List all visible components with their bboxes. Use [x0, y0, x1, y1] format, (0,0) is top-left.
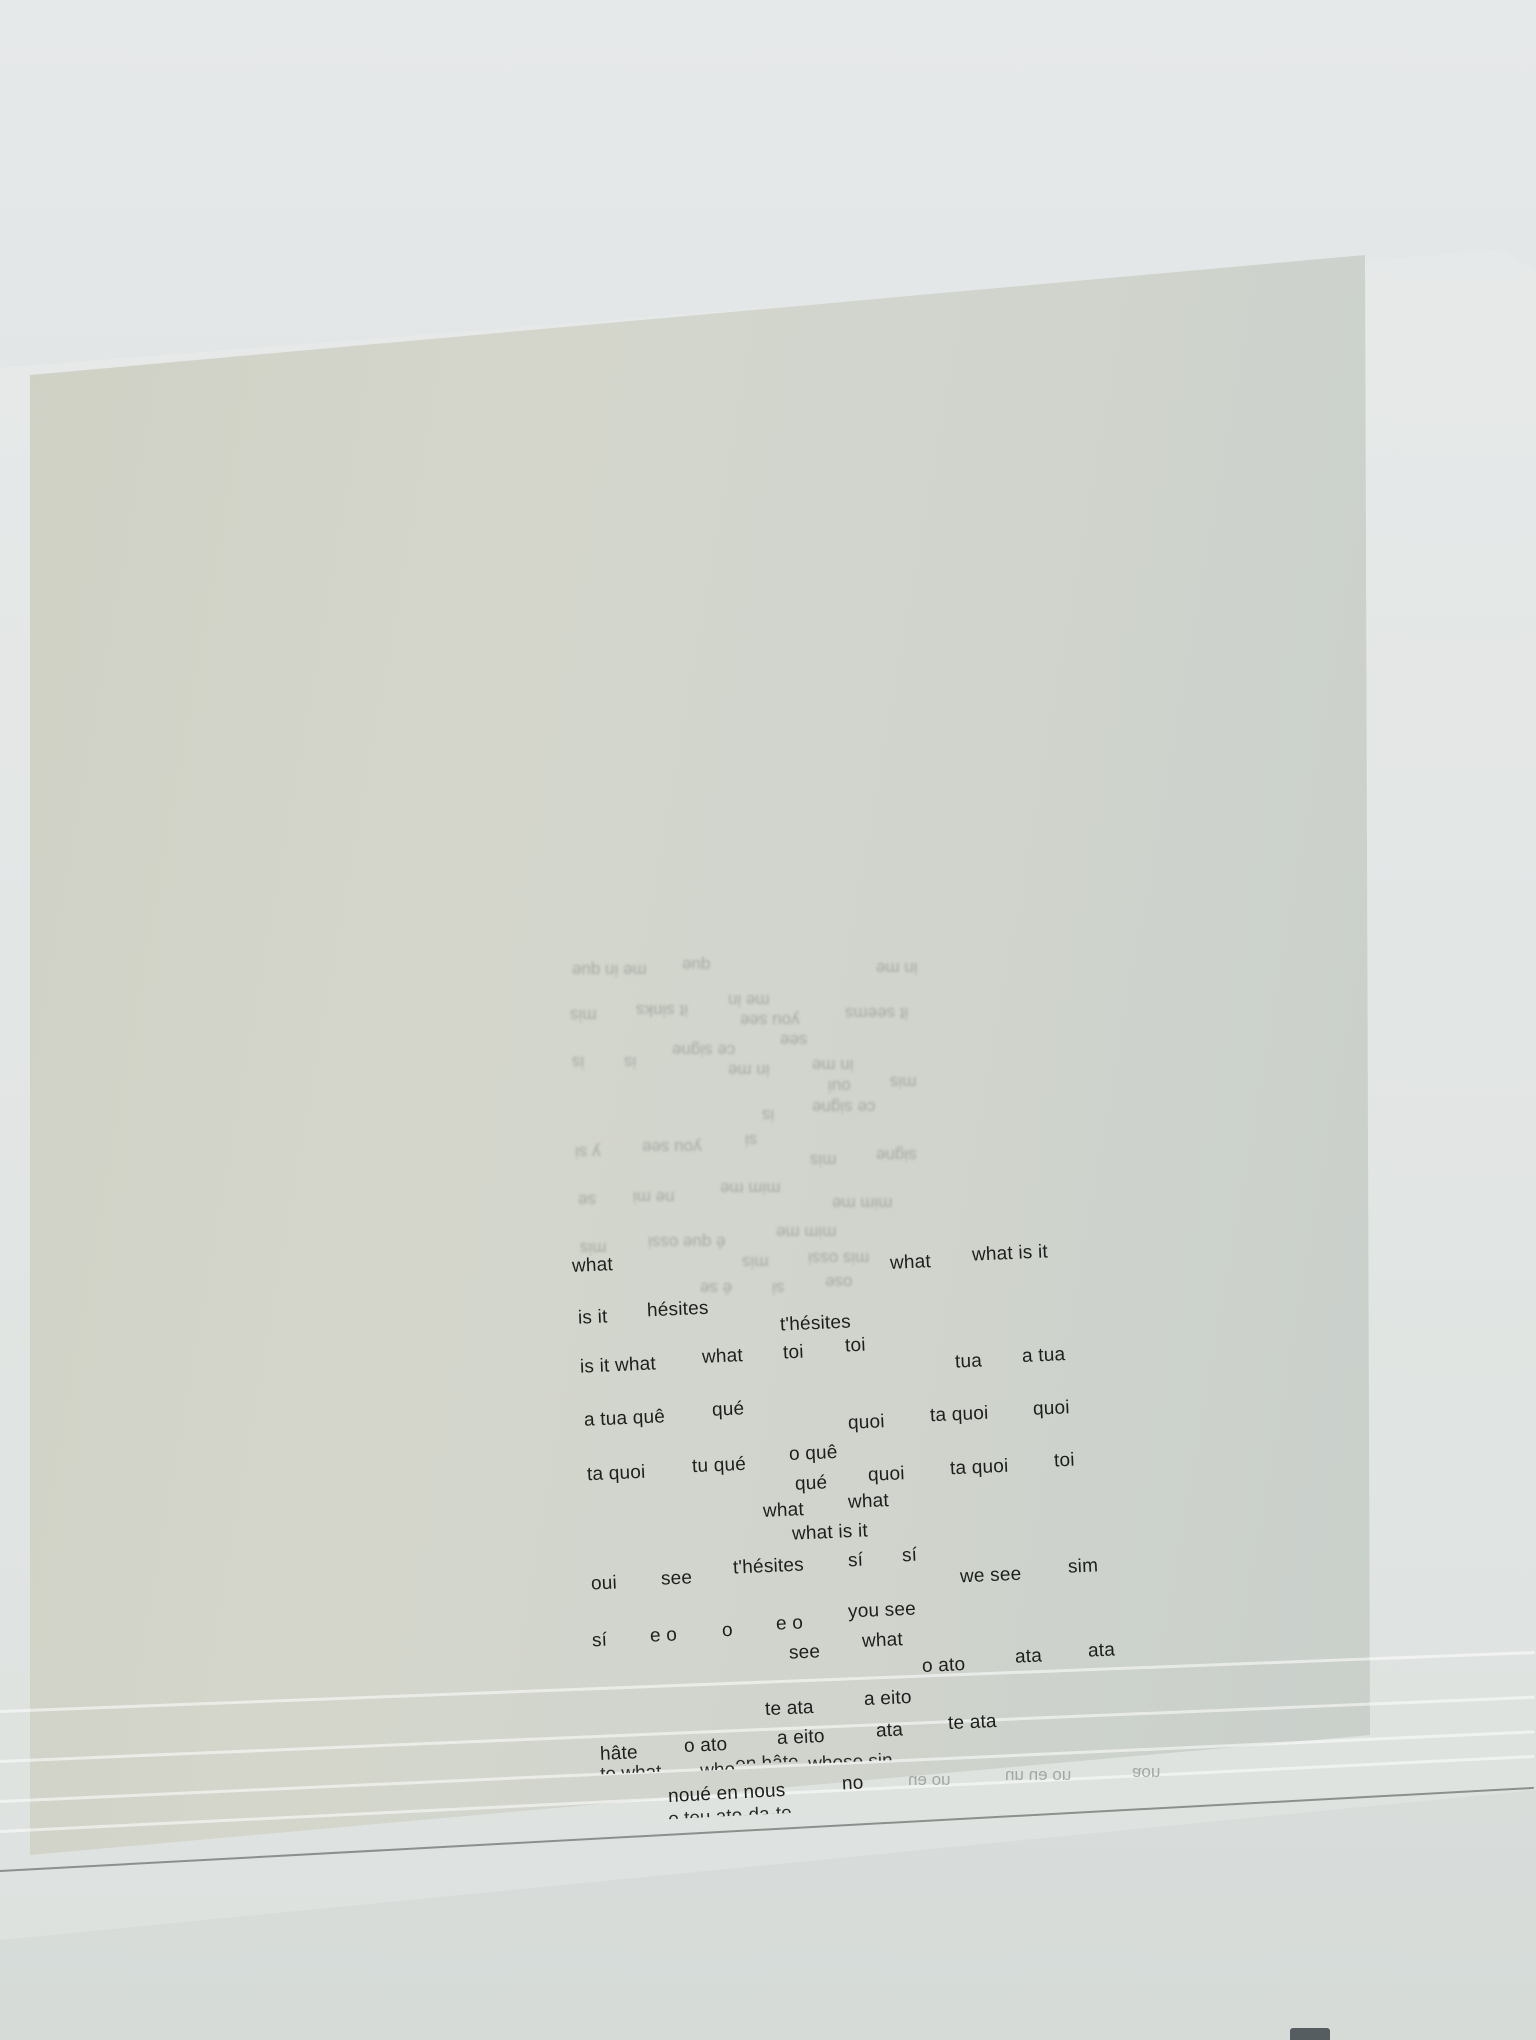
ghost-word: me in	[728, 990, 770, 1010]
poem-word: a eito	[864, 1687, 913, 1711]
poem-word: see	[789, 1641, 821, 1664]
ghost-word: is	[624, 1052, 636, 1072]
poem-word: o ato	[922, 1654, 966, 1678]
underlying-sheet-word: no	[841, 1772, 864, 1795]
ghost-word: é que ossi	[648, 1232, 726, 1252]
poem-word: what	[862, 1629, 904, 1653]
poem-word: ta quoi	[930, 1403, 989, 1428]
ghost-word: in me	[876, 958, 918, 978]
poem-word: ata	[876, 1719, 904, 1742]
translucent-paper-sheet	[30, 255, 1370, 1875]
poem-word: qué	[795, 1472, 828, 1495]
poem-word: what	[763, 1499, 805, 1523]
poem-word: what is it	[792, 1520, 869, 1545]
faint-stack-word: uo en	[908, 1770, 951, 1790]
poem-word: tua	[955, 1350, 983, 1373]
ghost-word: si	[745, 1130, 757, 1150]
ghost-word: mim me	[776, 1222, 836, 1242]
poem-word: you see	[848, 1599, 917, 1624]
poem-word: t'hésites	[780, 1311, 852, 1336]
poem-word: ta quoi	[950, 1456, 1009, 1481]
poem-word: we see	[960, 1564, 1022, 1589]
ghost-word: mis ossi	[808, 1248, 869, 1268]
partial-word: who	[700, 1759, 735, 1771]
poem-word: ata	[1015, 1645, 1043, 1668]
ghost-word: mim me	[832, 1193, 892, 1213]
ghost-word: mis	[890, 1072, 916, 1092]
ghost-word: é se	[700, 1278, 732, 1298]
poem-word: a eito	[777, 1726, 826, 1750]
ghost-word: mim me	[720, 1178, 780, 1198]
poem-word: quoi	[848, 1411, 886, 1435]
ghost-word: si	[772, 1278, 784, 1298]
poem-word: hésites	[647, 1298, 710, 1323]
poem-word: what is it	[972, 1241, 1049, 1266]
ghost-word: is	[572, 1052, 584, 1072]
ghost-word: is	[762, 1105, 774, 1125]
poem-word: toi	[845, 1335, 867, 1358]
poem-word: qué	[712, 1398, 745, 1421]
poem-word: oui	[591, 1572, 618, 1595]
ghost-word: you see	[642, 1137, 702, 1157]
poem-word: ata	[1088, 1639, 1116, 1662]
poem-word: what	[890, 1251, 932, 1275]
poem-word: sim	[1068, 1555, 1099, 1578]
ghost-word: ne mi	[633, 1187, 675, 1207]
ghost-word: ce signe	[672, 1040, 735, 1060]
ghost-word: mis	[810, 1150, 836, 1170]
poem-word: te ata	[948, 1711, 998, 1735]
poem-word: t'hésites	[733, 1554, 805, 1579]
ghost-word: in me	[728, 1060, 770, 1080]
poem-word: see	[661, 1567, 693, 1590]
poem-word: toi	[783, 1342, 805, 1365]
ghost-word: oui	[828, 1076, 851, 1096]
poem-word: what	[702, 1345, 744, 1369]
ghost-word: que	[682, 955, 710, 975]
ghost-word: ce signe	[812, 1097, 875, 1117]
poem-word: o	[722, 1620, 734, 1642]
poem-word: is it what	[580, 1353, 657, 1378]
poem-word: sí	[848, 1550, 864, 1573]
ghost-word: you see	[740, 1010, 800, 1030]
poem-word: a tua	[1022, 1344, 1066, 1368]
poem-word: e o	[776, 1612, 804, 1635]
poem-word: e o	[650, 1624, 678, 1647]
faint-stack-word: uoɐ	[1132, 1762, 1160, 1782]
poem-word: sí	[902, 1545, 918, 1568]
poem-word: te ata	[765, 1697, 815, 1721]
ghost-word: signe	[876, 1145, 917, 1165]
ghost-word: y si	[575, 1142, 601, 1162]
dark-object-edge	[1290, 2028, 1330, 2040]
poem-word: quoi	[868, 1463, 906, 1487]
ghost-word: mis	[742, 1252, 768, 1272]
poem-word: a tua quê	[584, 1406, 666, 1432]
poem-word: is it	[578, 1306, 608, 1329]
poem-word: tu qué	[692, 1454, 747, 1478]
poem-word: ta quoi	[587, 1462, 646, 1487]
ghost-word: me in que	[572, 960, 647, 980]
poem-word: o ato	[684, 1734, 728, 1758]
ghost-word: it sinks	[636, 1000, 688, 1020]
poem-word: what	[848, 1490, 890, 1514]
faint-stack-word: uo en un	[1005, 1765, 1071, 1785]
ghost-word: it seems	[845, 1003, 908, 1023]
ghost-word: mis	[570, 1005, 596, 1025]
ghost-word: se	[578, 1190, 596, 1210]
poem-word: quoi	[1033, 1397, 1071, 1421]
poem-word: o quê	[789, 1442, 838, 1466]
ghost-word: in me	[812, 1055, 854, 1075]
poem-word: toi	[1054, 1450, 1076, 1473]
ghost-word: ose	[825, 1272, 852, 1292]
ghost-word: see	[780, 1030, 807, 1050]
poem-word: what	[572, 1254, 614, 1278]
poem-word: sí	[592, 1630, 608, 1653]
